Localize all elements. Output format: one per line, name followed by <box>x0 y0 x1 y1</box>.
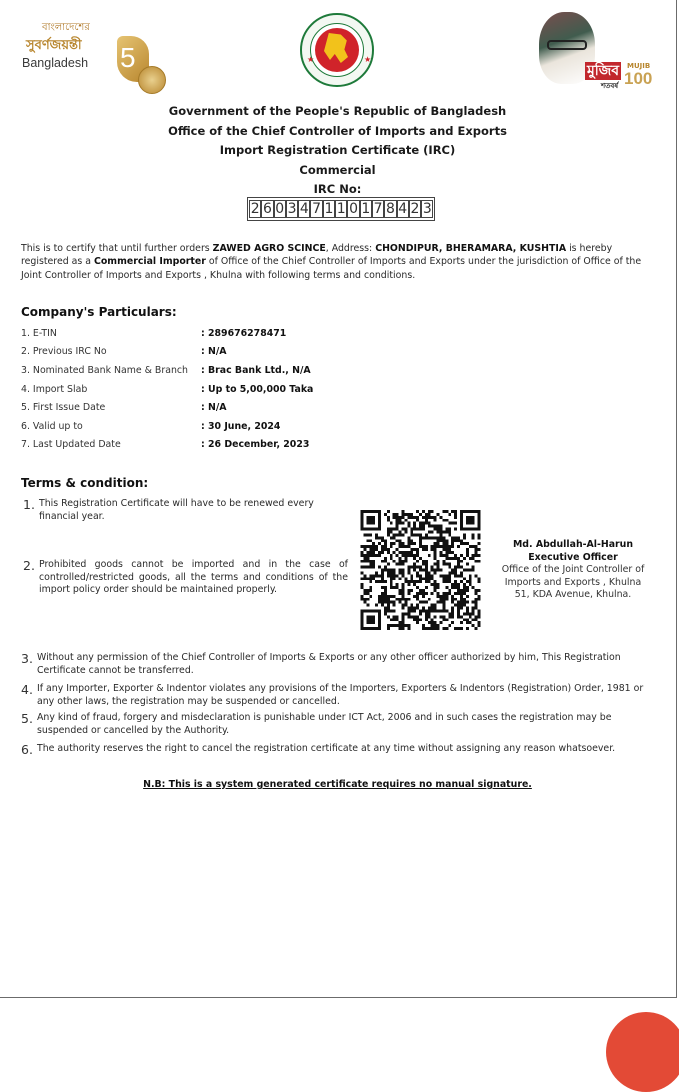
term-item: 6. The authority reserves the right to c… <box>21 743 661 756</box>
irc-digit: 7 <box>372 200 384 218</box>
system-generated-note: N.B: This is a system generated certific… <box>0 779 677 790</box>
title-office: Office of the Chief Controller of Import… <box>0 122 677 142</box>
irc-digit: 1 <box>335 200 347 218</box>
mujib-bangla-tag: মুজিব <box>585 62 621 80</box>
term-item: 3. Without any permission of the Chief C… <box>21 652 651 677</box>
particular-value: : 289676278471 <box>201 328 286 339</box>
certificate-titles: Government of the People's Republic of B… <box>0 102 677 200</box>
qr-code-icon <box>360 510 481 630</box>
qr-code <box>360 510 481 630</box>
irc-number-boxes: 260347110178423 <box>247 197 435 221</box>
particular-label: 1. E-TIN <box>21 328 201 339</box>
particular-row: 4. Import Slab: Up to 5,00,000 Taka <box>21 380 361 399</box>
signatory-block: Md. Abdullah-Al-Harun Executive Officer … <box>493 539 653 602</box>
mujib-bangla-small: শতবর্ষ <box>601 80 618 92</box>
particular-value: : Up to 5,00,000 Taka <box>201 384 313 395</box>
government-seal-icon: ★ ★ <box>300 13 374 87</box>
particular-row: 7. Last Updated Date: 26 December, 2023 <box>21 436 361 455</box>
logo-bangla-line2: সুবর্ণজয়ন্তী <box>26 36 82 57</box>
particulars-list: 1. E-TIN: 2896762784712. Previous IRC No… <box>21 324 361 454</box>
importer-type: Commercial Importer <box>94 256 206 267</box>
logo-english-text: Bangladesh <box>22 56 88 70</box>
signatory-name: Md. Abdullah-Al-Harun <box>493 539 653 552</box>
mujib-100-logo: মুজিব শতবর্ষ MUJIB 100 <box>533 10 648 92</box>
signatory-office-line1: Office of the Joint Controller of <box>493 564 653 577</box>
logo-emblem-icon <box>138 66 166 94</box>
particular-label: 6. Valid up to <box>21 421 201 432</box>
terms-heading: Terms & condition: <box>21 476 148 490</box>
particular-label: 5. First Issue Date <box>21 402 201 413</box>
irc-digit: 0 <box>274 200 286 218</box>
particulars-heading: Company's Particulars: <box>21 305 177 319</box>
irc-digit: 6 <box>261 200 273 218</box>
particular-row: 3. Nominated Bank Name & Branch: Brac Ba… <box>21 361 361 380</box>
irc-digit: 4 <box>397 200 409 218</box>
particular-value: : Brac Bank Ltd., N/A <box>201 365 311 376</box>
particular-row: 2. Previous IRC No: N/A <box>21 343 361 362</box>
irc-digit: 1 <box>360 200 372 218</box>
star-icon: ★ <box>364 55 371 64</box>
irc-digit: 2 <box>409 200 421 218</box>
signatory-office-line2: Imports and Exports , Khulna <box>493 577 653 590</box>
particular-value: : N/A <box>201 346 227 357</box>
irc-digit: 7 <box>310 200 322 218</box>
signatory-address: 51, KDA Avenue, Khulna. <box>493 589 653 602</box>
title-government: Government of the People's Republic of B… <box>0 102 677 122</box>
particular-value: : 26 December, 2023 <box>201 439 309 450</box>
irc-digit: 2 <box>249 200 261 218</box>
irc-digit: 3 <box>421 200 433 218</box>
title-certificate: Import Registration Certificate (IRC) <box>0 141 677 161</box>
floating-action-button[interactable] <box>606 1012 679 1024</box>
company-address: CHONDIPUR, BHERAMARA, KUSHTIA <box>375 243 566 254</box>
particular-value: : N/A <box>201 402 227 413</box>
particular-row: 1. E-TIN: 289676278471 <box>21 324 361 343</box>
term-item: 4. If any Importer, Exporter & Indentor … <box>21 683 651 708</box>
particular-row: 6. Valid up to: 30 June, 2024 <box>21 417 361 436</box>
logo-bangla-line1: বাংলাদেশের <box>42 20 90 37</box>
irc-digit: 0 <box>347 200 359 218</box>
irc-digit: 8 <box>384 200 396 218</box>
irc-digit: 3 <box>286 200 298 218</box>
particular-label: 2. Previous IRC No <box>21 346 201 357</box>
term-item: 5. Any kind of fraud, forgery and misdec… <box>21 712 651 737</box>
particular-label: 4. Import Slab <box>21 384 201 395</box>
star-icon: ★ <box>307 55 314 64</box>
term-item: 1. This Registration Certificate will ha… <box>23 498 333 523</box>
signatory-designation: Executive Officer <box>493 552 653 565</box>
irc-digit: 4 <box>298 200 310 218</box>
irc-digit: 1 <box>323 200 335 218</box>
particular-label: 7. Last Updated Date <box>21 439 201 450</box>
particular-label: 3. Nominated Bank Name & Branch <box>21 365 201 376</box>
mujib-number: 100 <box>624 69 652 89</box>
certification-paragraph: This is to certify that until further or… <box>21 242 651 282</box>
golden-jubilee-logo: বাংলাদেশের সুবর্ণজয়ন্তী Bangladesh 5 <box>20 18 150 80</box>
company-name: ZAWED AGRO SCINCE <box>213 243 326 254</box>
particular-value: : 30 June, 2024 <box>201 421 280 432</box>
certificate-page: বাংলাদেশের সুবর্ণজয়ন্তী Bangladesh 5 ★ … <box>0 0 677 998</box>
term-item: 2. Prohibited goods cannot be imported a… <box>23 559 348 597</box>
title-category: Commercial <box>0 161 677 181</box>
particular-row: 5. First Issue Date: N/A <box>21 398 361 417</box>
